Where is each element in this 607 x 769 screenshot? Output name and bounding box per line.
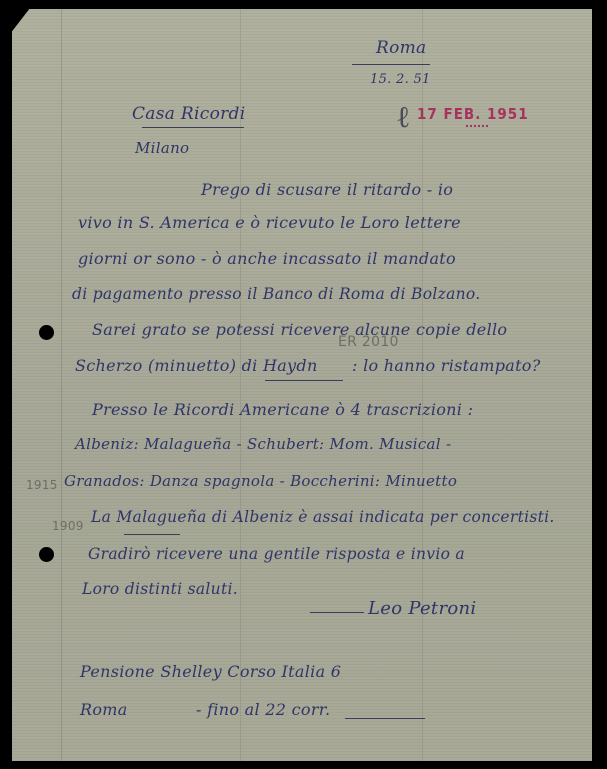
- return-address-underline: [345, 718, 425, 719]
- body-line-3: giorni or sono - ò anche incassato il ma…: [78, 249, 456, 268]
- return-address-city: Roma: [80, 700, 128, 719]
- addressee-city: Milano: [135, 139, 189, 157]
- body-line-11: Gradirò ricevere una gentile risposta e …: [88, 545, 465, 563]
- body-line-6b: : lo hanno ristampato?: [352, 356, 541, 375]
- addressee-name: Casa Ricordi: [132, 104, 245, 124]
- received-stamp: 17 FEB. 1951: [417, 105, 529, 123]
- malaguena-underline: [124, 534, 180, 535]
- pencil-year-2: 1909: [52, 519, 84, 533]
- letter-date: 15. 2. 51: [370, 72, 431, 87]
- body-line-12: Loro distinti saluti.: [82, 580, 238, 598]
- letter-place: Roma: [376, 38, 427, 58]
- signature-flourish: [310, 612, 364, 613]
- body-line-10: La Malagueña di Albeniz è assai indicata…: [91, 508, 555, 526]
- pencil-catalog-number: ER 2010: [338, 334, 399, 350]
- haydn-underline: [265, 380, 343, 381]
- return-address-line-1: Pensione Shelley Corso Italia 6: [80, 662, 341, 681]
- body-line-2: vivo in S. America e ò ricevuto le Loro …: [78, 213, 461, 232]
- scherzo-text: Scherzo (minuetto) di Haydn: [75, 356, 318, 375]
- return-address-note: - fino al 22 corr.: [196, 700, 330, 719]
- body-line-4: di pagamento presso il Banco di Roma di …: [72, 285, 480, 303]
- body-line-6: Scherzo (minuetto) di Haydn: [75, 356, 318, 375]
- body-line-9: Granados: Danza spagnola - Boccherini: M…: [64, 472, 457, 490]
- initial-mark: ℓ: [396, 100, 411, 135]
- place-underline: [352, 64, 430, 65]
- signature: Leo Petroni: [368, 598, 476, 619]
- body-line-7: Presso le Ricordi Americane ò 4 trascriz…: [92, 400, 473, 419]
- punch-hole-top: [39, 325, 54, 340]
- punch-hole-bottom: [39, 547, 54, 562]
- body-line-5: Sarei grato se potessi ricevere alcune c…: [92, 320, 507, 339]
- stamp-dashes: [466, 125, 488, 129]
- body-line-8: Albeniz: Malagueña - Schubert: Mom. Musi…: [75, 435, 451, 453]
- addressee-underline: [142, 127, 244, 128]
- pencil-year-1: 1915: [26, 478, 58, 492]
- body-line-1: Prego di scusare il ritardo - io: [201, 180, 453, 199]
